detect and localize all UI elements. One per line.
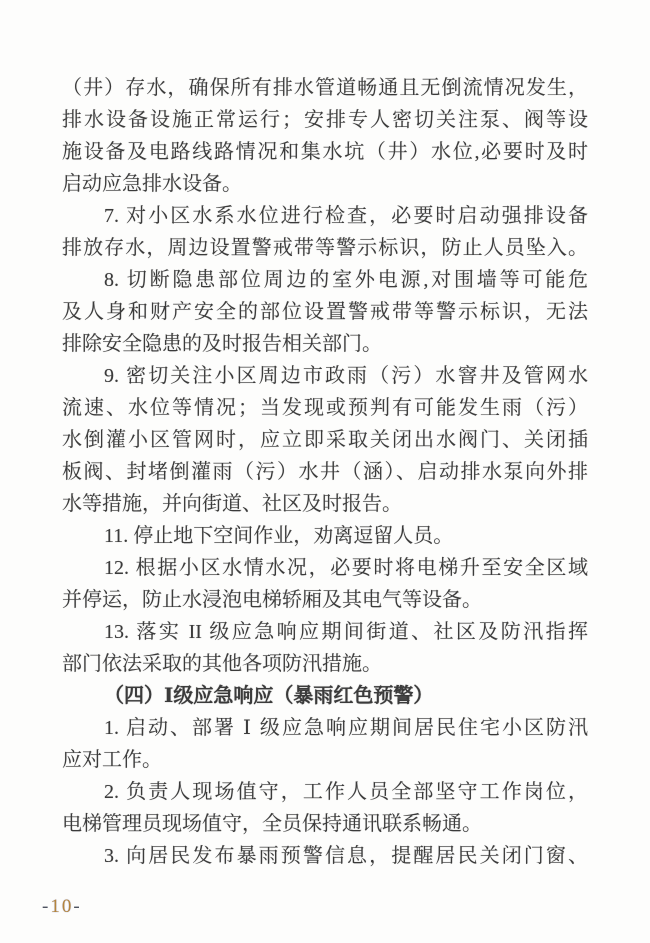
text-line: 部门依法采取的其他各项防汛措施。 xyxy=(62,648,588,680)
text-line: 排放存水，周边设置警戒带等警示标识，防止人员坠入。 xyxy=(62,232,588,264)
text-line: 11. 停止地下空间作业，劝离逗留人员。 xyxy=(62,520,588,552)
text-line: 排除安全隐患的及时报告相关部门。 xyxy=(62,328,588,360)
text-line: 7. 对小区水系水位进行检查，必要时启动强排设备 xyxy=(62,200,588,232)
text-line: 流速、水位等情况；当发现或预判有可能发生雨（污） xyxy=(62,392,588,424)
text-line: 9. 密切关注小区周边市政雨（污）水窨井及管网水 xyxy=(62,360,588,392)
text-line: 1. 启动、部署 Ⅰ 级应急响应期间居民住宅小区防汛 xyxy=(62,712,588,744)
text-line: 电梯管理员现场值守，全员保持通讯联系畅通。 xyxy=(62,808,588,840)
text-line: 板阀、封堵倒灌雨（污）水井（涵）、启动排水泵向外排 xyxy=(62,456,588,488)
document-page: （井）存水，确保所有排水管道畅通且无倒流情况发生，排水设备设施正常运行；安排专人… xyxy=(0,0,650,943)
text-line: 水等措施，并向街道、社区及时报告。 xyxy=(62,488,588,520)
text-line: （井）存水，确保所有排水管道畅通且无倒流情况发生， xyxy=(62,72,588,104)
text-line: 12. 根据小区水情水况，必要时将电梯升至安全区域 xyxy=(62,552,588,584)
page-number-dash-right: - xyxy=(73,896,81,917)
text-line: 排水设备设施正常运行；安排专人密切关注泵、阀等设 xyxy=(62,104,588,136)
page-number-value: 10 xyxy=(50,896,73,917)
text-line: 2. 负责人现场值守，工作人员全部坚守工作岗位， xyxy=(62,776,588,808)
text-line: 施设备及电路线路情况和集水坑（井）水位,必要时及时 xyxy=(62,136,588,168)
document-body: （井）存水，确保所有排水管道畅通且无倒流情况发生，排水设备设施正常运行；安排专人… xyxy=(62,72,588,872)
text-line: 及人身和财产安全的部位设置警戒带等警示标识，无法 xyxy=(62,296,588,328)
section-heading: （四）Ⅰ级应急响应（暴雨红色预警） xyxy=(62,680,588,712)
text-line: 应对工作。 xyxy=(62,744,588,776)
text-line: 水倒灌小区管网时，应立即采取关闭出水阀门、关闭插 xyxy=(62,424,588,456)
text-line: 3. 向居民发布暴雨预警信息，提醒居民关闭门窗、 xyxy=(62,840,588,872)
text-line: 8. 切断隐患部位周边的室外电源,对围墙等可能危 xyxy=(62,264,588,296)
text-line: 并停运，防止水浸泡电梯轿厢及其电气等设备。 xyxy=(62,584,588,616)
text-line: 13. 落实 II 级应急响应期间街道、社区及防汛指挥 xyxy=(62,616,588,648)
text-line: 启动应急排水设备。 xyxy=(62,168,588,200)
page-number: -10- xyxy=(42,895,82,919)
